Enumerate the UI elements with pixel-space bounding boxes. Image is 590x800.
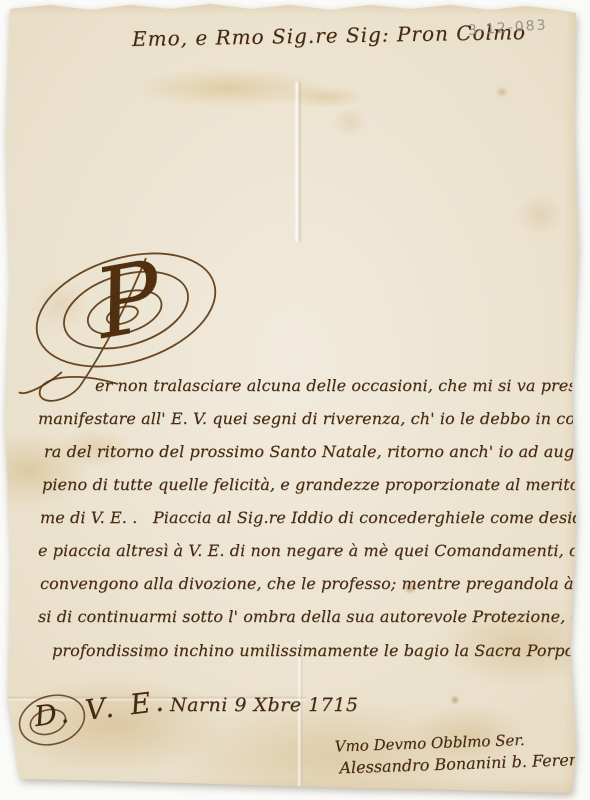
letter-line: manifestare all' E. V. quei segni di riv… [38,409,590,428]
letter-paper: Emo, e Rmo Sig.re Sig: Pron Colmo 3-12-0… [0,0,590,800]
signature-block: Vmo Devmo Obblmo Ser. Alessandro Bonanin… [334,728,590,777]
paper-crease [294,82,302,242]
letter-line: convengono alla divozione, che le profes… [40,574,590,593]
dateline: Narni 9 Xbre 1715 [170,694,358,716]
paper-shadow-wrapper: Emo, e Rmo Sig.re Sig: Pron Colmo 3-12-0… [0,0,590,800]
letter-line: pieno di tutte quelle felicità, e grande… [42,475,590,494]
photograph-background: Emo, e Rmo Sig.re Sig: Pron Colmo 3-12-0… [0,0,590,800]
letter-heading: Emo, e Rmo Sig.re Sig: Pron Colmo [132,21,468,51]
letter-line: si di continuarmi sotto l' ombra della s… [38,607,590,626]
letter-line: me di V. E. . Piaccia al Sig.re Iddio di… [40,508,590,527]
letter-line: er non tralasciare alcuna delle occasion… [95,376,590,395]
letter-line: ra del ritorno del prossimo Santo Natale… [44,442,590,461]
letter-line: e piaccia altresì à V. E. di non negare … [38,541,590,560]
letter-line: profondissimo inchino umilissimamente le… [52,641,590,660]
